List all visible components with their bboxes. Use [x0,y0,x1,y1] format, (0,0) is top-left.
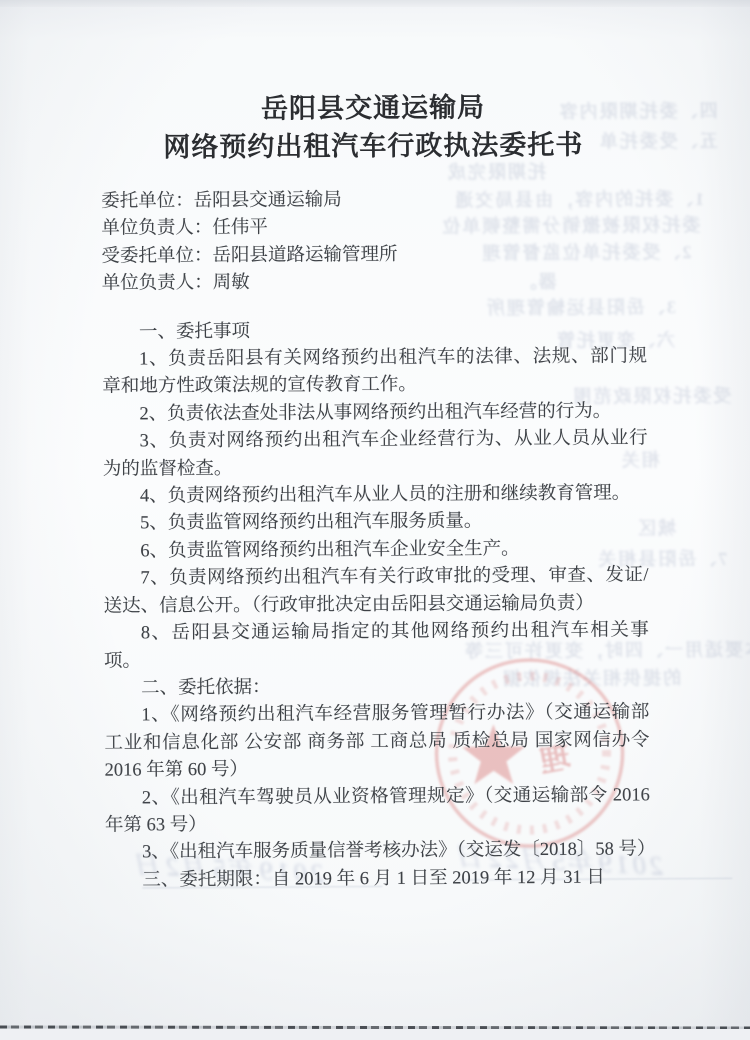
document-content: 岳阳县交通运输局 网络预约出租汽车行政执法委托书 委托单位：岳阳县交通运输局单位… [0,0,750,895]
parties-info: 委托单位：岳阳县交通运输局单位负责人：任伟平受委托单位：岳阳县道路运输管理所单位… [101,185,647,298]
scan-edge-bottom [0,1029,750,1040]
document-title-line2: 网络预约出租汽车行政执法委托书 [101,125,646,166]
section-heading: 一、委托事项 [102,316,647,347]
section-item: 7、负责网络预约出租汽车有关行政审批的受理、审查、发证/送达、信息公开。（行政审… [103,563,648,621]
party-line: 委托单位：岳阳县交通运输局 [101,185,646,216]
section-item: 1、负责岳阳县有关网络预约出租汽车的法律、法规、部门规章和地方性政策法规的宣传教… [102,343,647,401]
party-line: 单位负责人：周敏 [102,268,647,299]
section-item: 2、负责依法查处非法从事网络预约出租汽车经营的行为。 [102,398,647,429]
section-heading: 二、委托依据： [104,672,649,703]
section-item: 8、岳阳县交通运输局指定的其他网络预约出租汽车相关事项。 [104,617,649,675]
section-item: 3、《出租汽车服务质量信誉考核办法》（交运发〔2018〕58 号） [105,837,650,868]
section-item: 4、负责网络预约出租汽车从业人员的注册和继续教育管理。 [103,480,648,511]
section-item: 2、《出租汽车驾驶员从业资格管理规定》（交通运输部令 2016 年第 63 号） [105,782,650,840]
document-tilt-wrapper: 四、委托期限内容五、受委托单托期限完成1、委托的内容，由县局交通委托权限被撤销分… [0,0,750,1040]
document-title-line1: 岳阳县交通运输局 [100,87,645,128]
document-body: 一、委托事项1、负责岳阳县有关网络预约出租汽车的法律、法规、部门规章和地方性政策… [102,316,651,895]
section-item: 5、负责监管网络预约出租汽车服务质量。 [103,508,648,539]
section-item: 6、负责监管网络预约出租汽车企业安全生产。 [103,535,648,566]
section-item: 1、《网络预约出租汽车经营服务管理暂行办法》（交通运输部 工业和信息化部 公安部… [104,700,649,786]
party-line: 单位负责人：任伟平 [101,213,646,244]
section-heading: 三、委托期限：自 2019 年 6 月 1 日至 2019 年 12 月 31 … [105,864,650,895]
party-line: 受委托单位：岳阳县道路运输管理所 [101,240,646,271]
scanned-document-page: { "document": { "title": [ "岳阳县交通运输局", "… [0,0,750,1040]
section-item: 3、负责对网络预约出租汽车企业经营行为、从业人员从业行为的监督检查。 [103,426,648,484]
